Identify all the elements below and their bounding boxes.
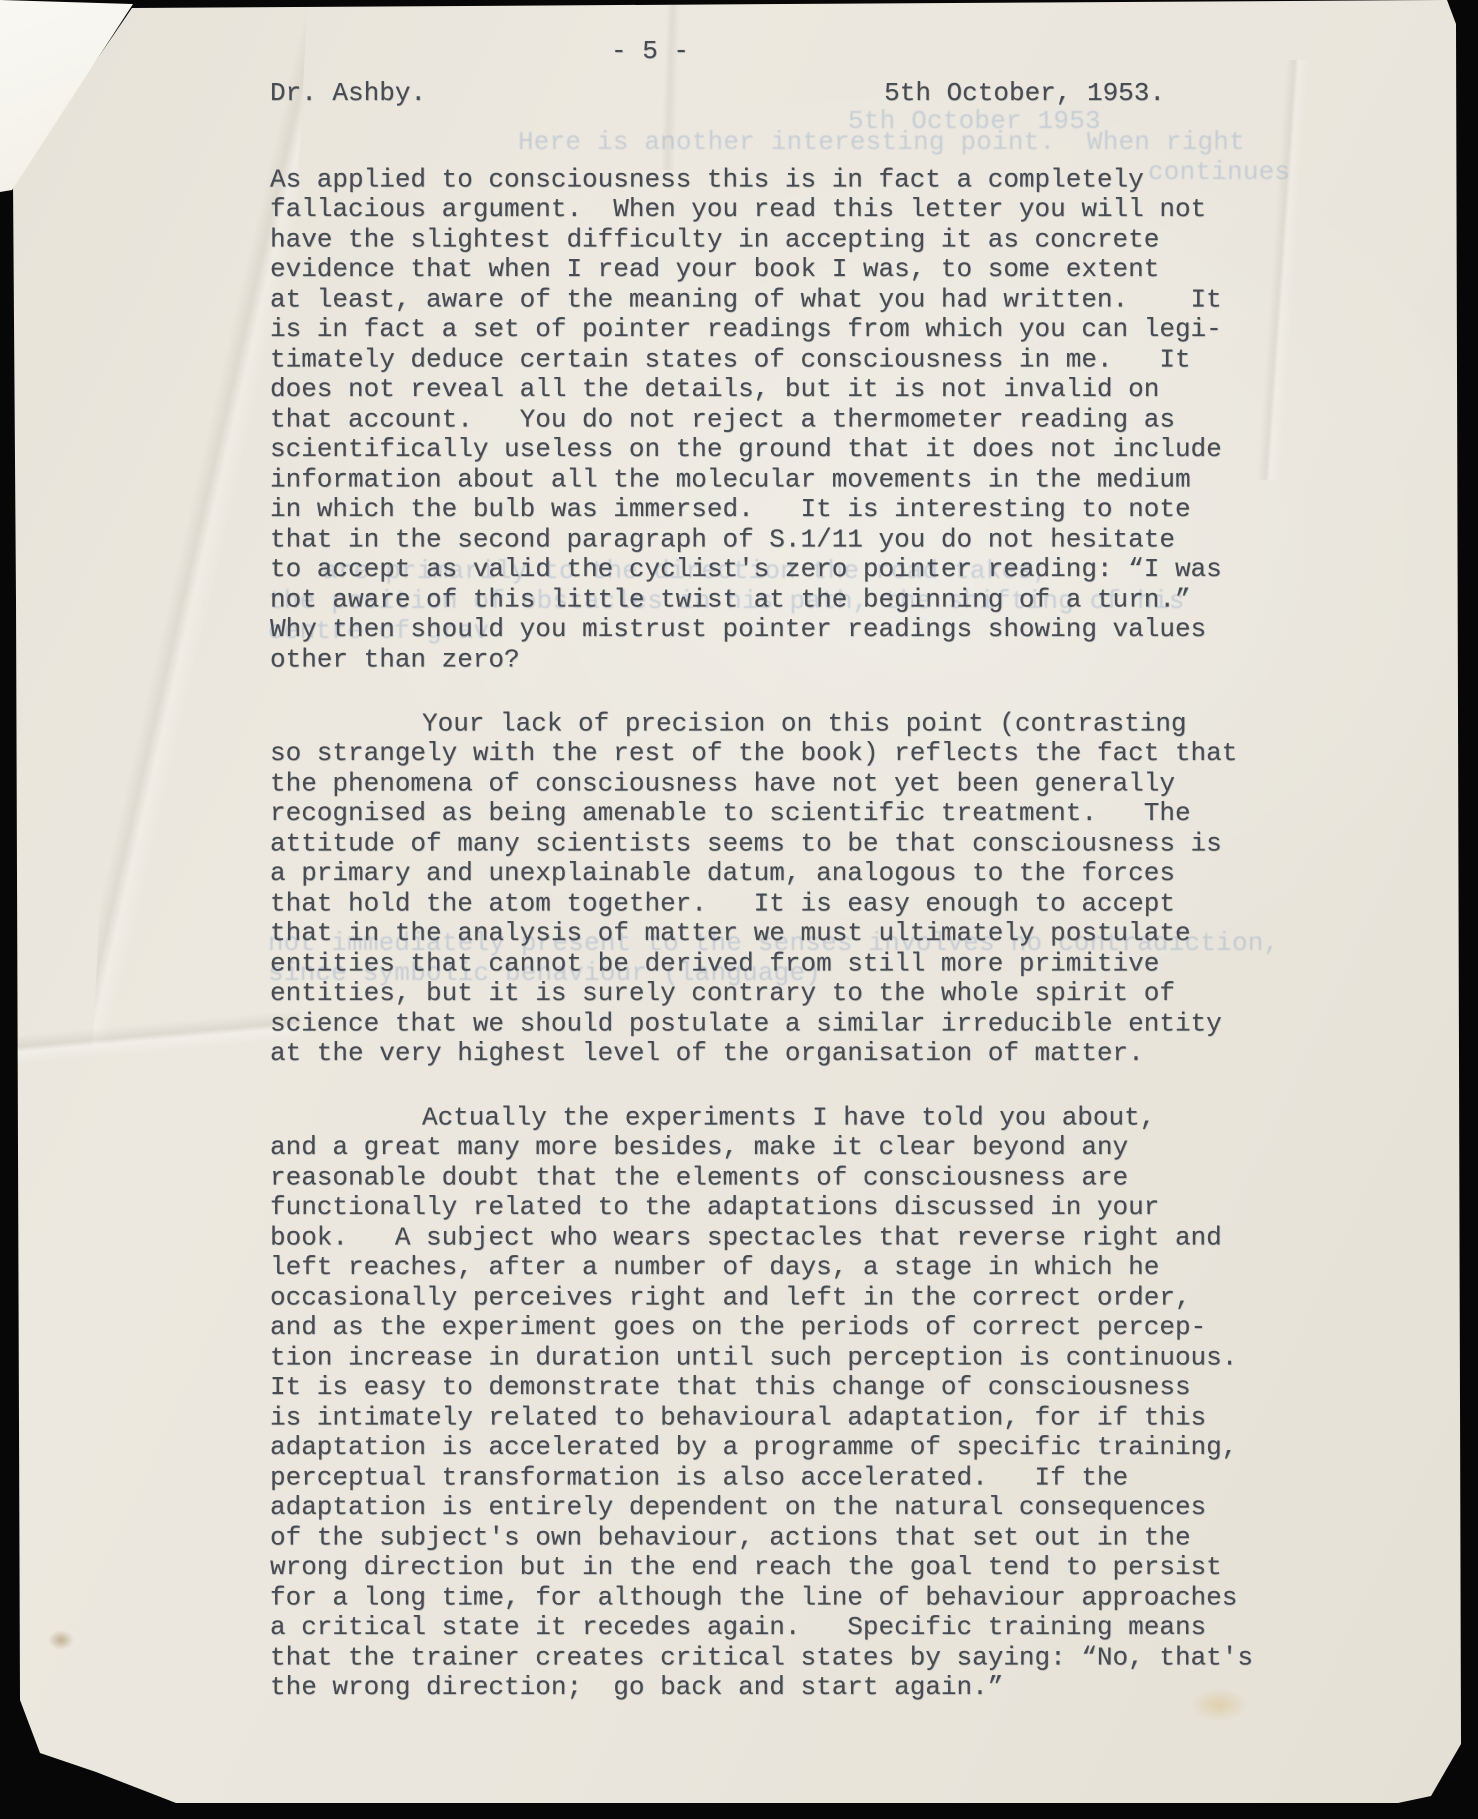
- letter-content: - 5 - Dr. Ashby. 5th October, 1953. As a…: [270, 36, 1310, 1736]
- text-line: entities, but it is surely contrary to t…: [270, 978, 1310, 1008]
- text-line: that in the analysis of matter we must u…: [270, 918, 1310, 948]
- text-line: other than zero?: [270, 644, 1310, 674]
- text-line: that in the second paragraph of S.1/11 y…: [270, 524, 1310, 554]
- text-line: As applied to consciousness this is in f…: [270, 164, 1310, 194]
- text-line: information about all the molecular move…: [270, 464, 1310, 494]
- text-line: entities that cannot be derived from sti…: [270, 948, 1310, 978]
- text-line: tion increase in duration until such per…: [270, 1342, 1310, 1372]
- text-line: adaptation is accelerated by a programme…: [270, 1432, 1310, 1462]
- text-line: and as the experiment goes on the period…: [270, 1312, 1310, 1342]
- text-line: is in fact a set of pointer readings fro…: [270, 314, 1310, 344]
- text-line: reasonable doubt that the elements of co…: [270, 1162, 1310, 1192]
- text-line: is intimately related to behavioural ada…: [270, 1402, 1310, 1432]
- text-line: the phenomena of consciousness have not …: [270, 768, 1310, 798]
- page-number: - 5 -: [270, 36, 1030, 66]
- paragraph: Your lack of precision on this point (co…: [270, 708, 1310, 1068]
- letter-date: 5th October, 1953.: [884, 78, 1165, 108]
- text-line: that hold the atom together. It is easy …: [270, 888, 1310, 918]
- paragraph: Actually the experiments I have told you…: [270, 1102, 1310, 1702]
- text-line: left reaches, after a number of days, a …: [270, 1252, 1310, 1282]
- text-line: fallacious argument. When you read this …: [270, 194, 1310, 224]
- text-line: timately deduce certain states of consci…: [270, 344, 1310, 374]
- text-line: in which the bulb was immersed. It is in…: [270, 494, 1310, 524]
- text-line: to accept as valid the cyclist's zero po…: [270, 554, 1310, 584]
- text-line: that the trainer creates critical states…: [270, 1642, 1310, 1672]
- text-line: and a great many more besides, make it c…: [270, 1132, 1310, 1162]
- text-line: at least, aware of the meaning of what y…: [270, 284, 1310, 314]
- text-line: of the subject's own behaviour, actions …: [270, 1522, 1310, 1552]
- text-line: wrong direction but in the end reach the…: [270, 1552, 1310, 1582]
- text-line: book. A subject who wears spectacles tha…: [270, 1222, 1310, 1252]
- text-line: Your lack of precision on this point (co…: [270, 708, 1310, 738]
- text-line: that account. You do not reject a thermo…: [270, 404, 1310, 434]
- text-line: scientifically useless on the ground tha…: [270, 434, 1310, 464]
- text-line: It is easy to demonstrate that this chan…: [270, 1372, 1310, 1402]
- addressee: Dr. Ashby.: [270, 78, 426, 108]
- text-line: adaptation is entirely dependent on the …: [270, 1492, 1310, 1522]
- text-line: attitude of many scientists seems to be …: [270, 828, 1310, 858]
- text-line: the wrong direction; go back and start a…: [270, 1672, 1310, 1702]
- text-line: functionally related to the adaptations …: [270, 1192, 1310, 1222]
- text-line: a primary and unexplainable datum, analo…: [270, 858, 1310, 888]
- text-line: at the very highest level of the organis…: [270, 1038, 1310, 1068]
- text-line: occasionally perceives right and left in…: [270, 1282, 1310, 1312]
- paragraph: As applied to consciousness this is in f…: [270, 164, 1310, 674]
- letter-header: Dr. Ashby. 5th October, 1953.: [270, 78, 1310, 108]
- letter-body: As applied to consciousness this is in f…: [270, 164, 1310, 1702]
- scanned-letter-page: 5th October 1953Here is another interest…: [0, 0, 1478, 1819]
- text-line: have the slightest difficulty in accepti…: [270, 224, 1310, 254]
- text-line: Actually the experiments I have told you…: [270, 1102, 1310, 1132]
- text-line: not aware of this little twist at the be…: [270, 584, 1310, 614]
- text-line: Why then should you mistrust pointer rea…: [270, 614, 1310, 644]
- text-line: a critical state it recedes again. Speci…: [270, 1612, 1310, 1642]
- text-line: perceptual transformation is also accele…: [270, 1462, 1310, 1492]
- text-line: recognised as being amenable to scientif…: [270, 798, 1310, 828]
- text-line: so strangely with the rest of the book) …: [270, 738, 1310, 768]
- text-line: science that we should postulate a simil…: [270, 1008, 1310, 1038]
- text-line: evidence that when I read your book I wa…: [270, 254, 1310, 284]
- text-line: for a long time, for although the line o…: [270, 1582, 1310, 1612]
- paper-sheet: 5th October 1953Here is another interest…: [0, 0, 1478, 1819]
- text-line: does not reveal all the details, but it …: [270, 374, 1310, 404]
